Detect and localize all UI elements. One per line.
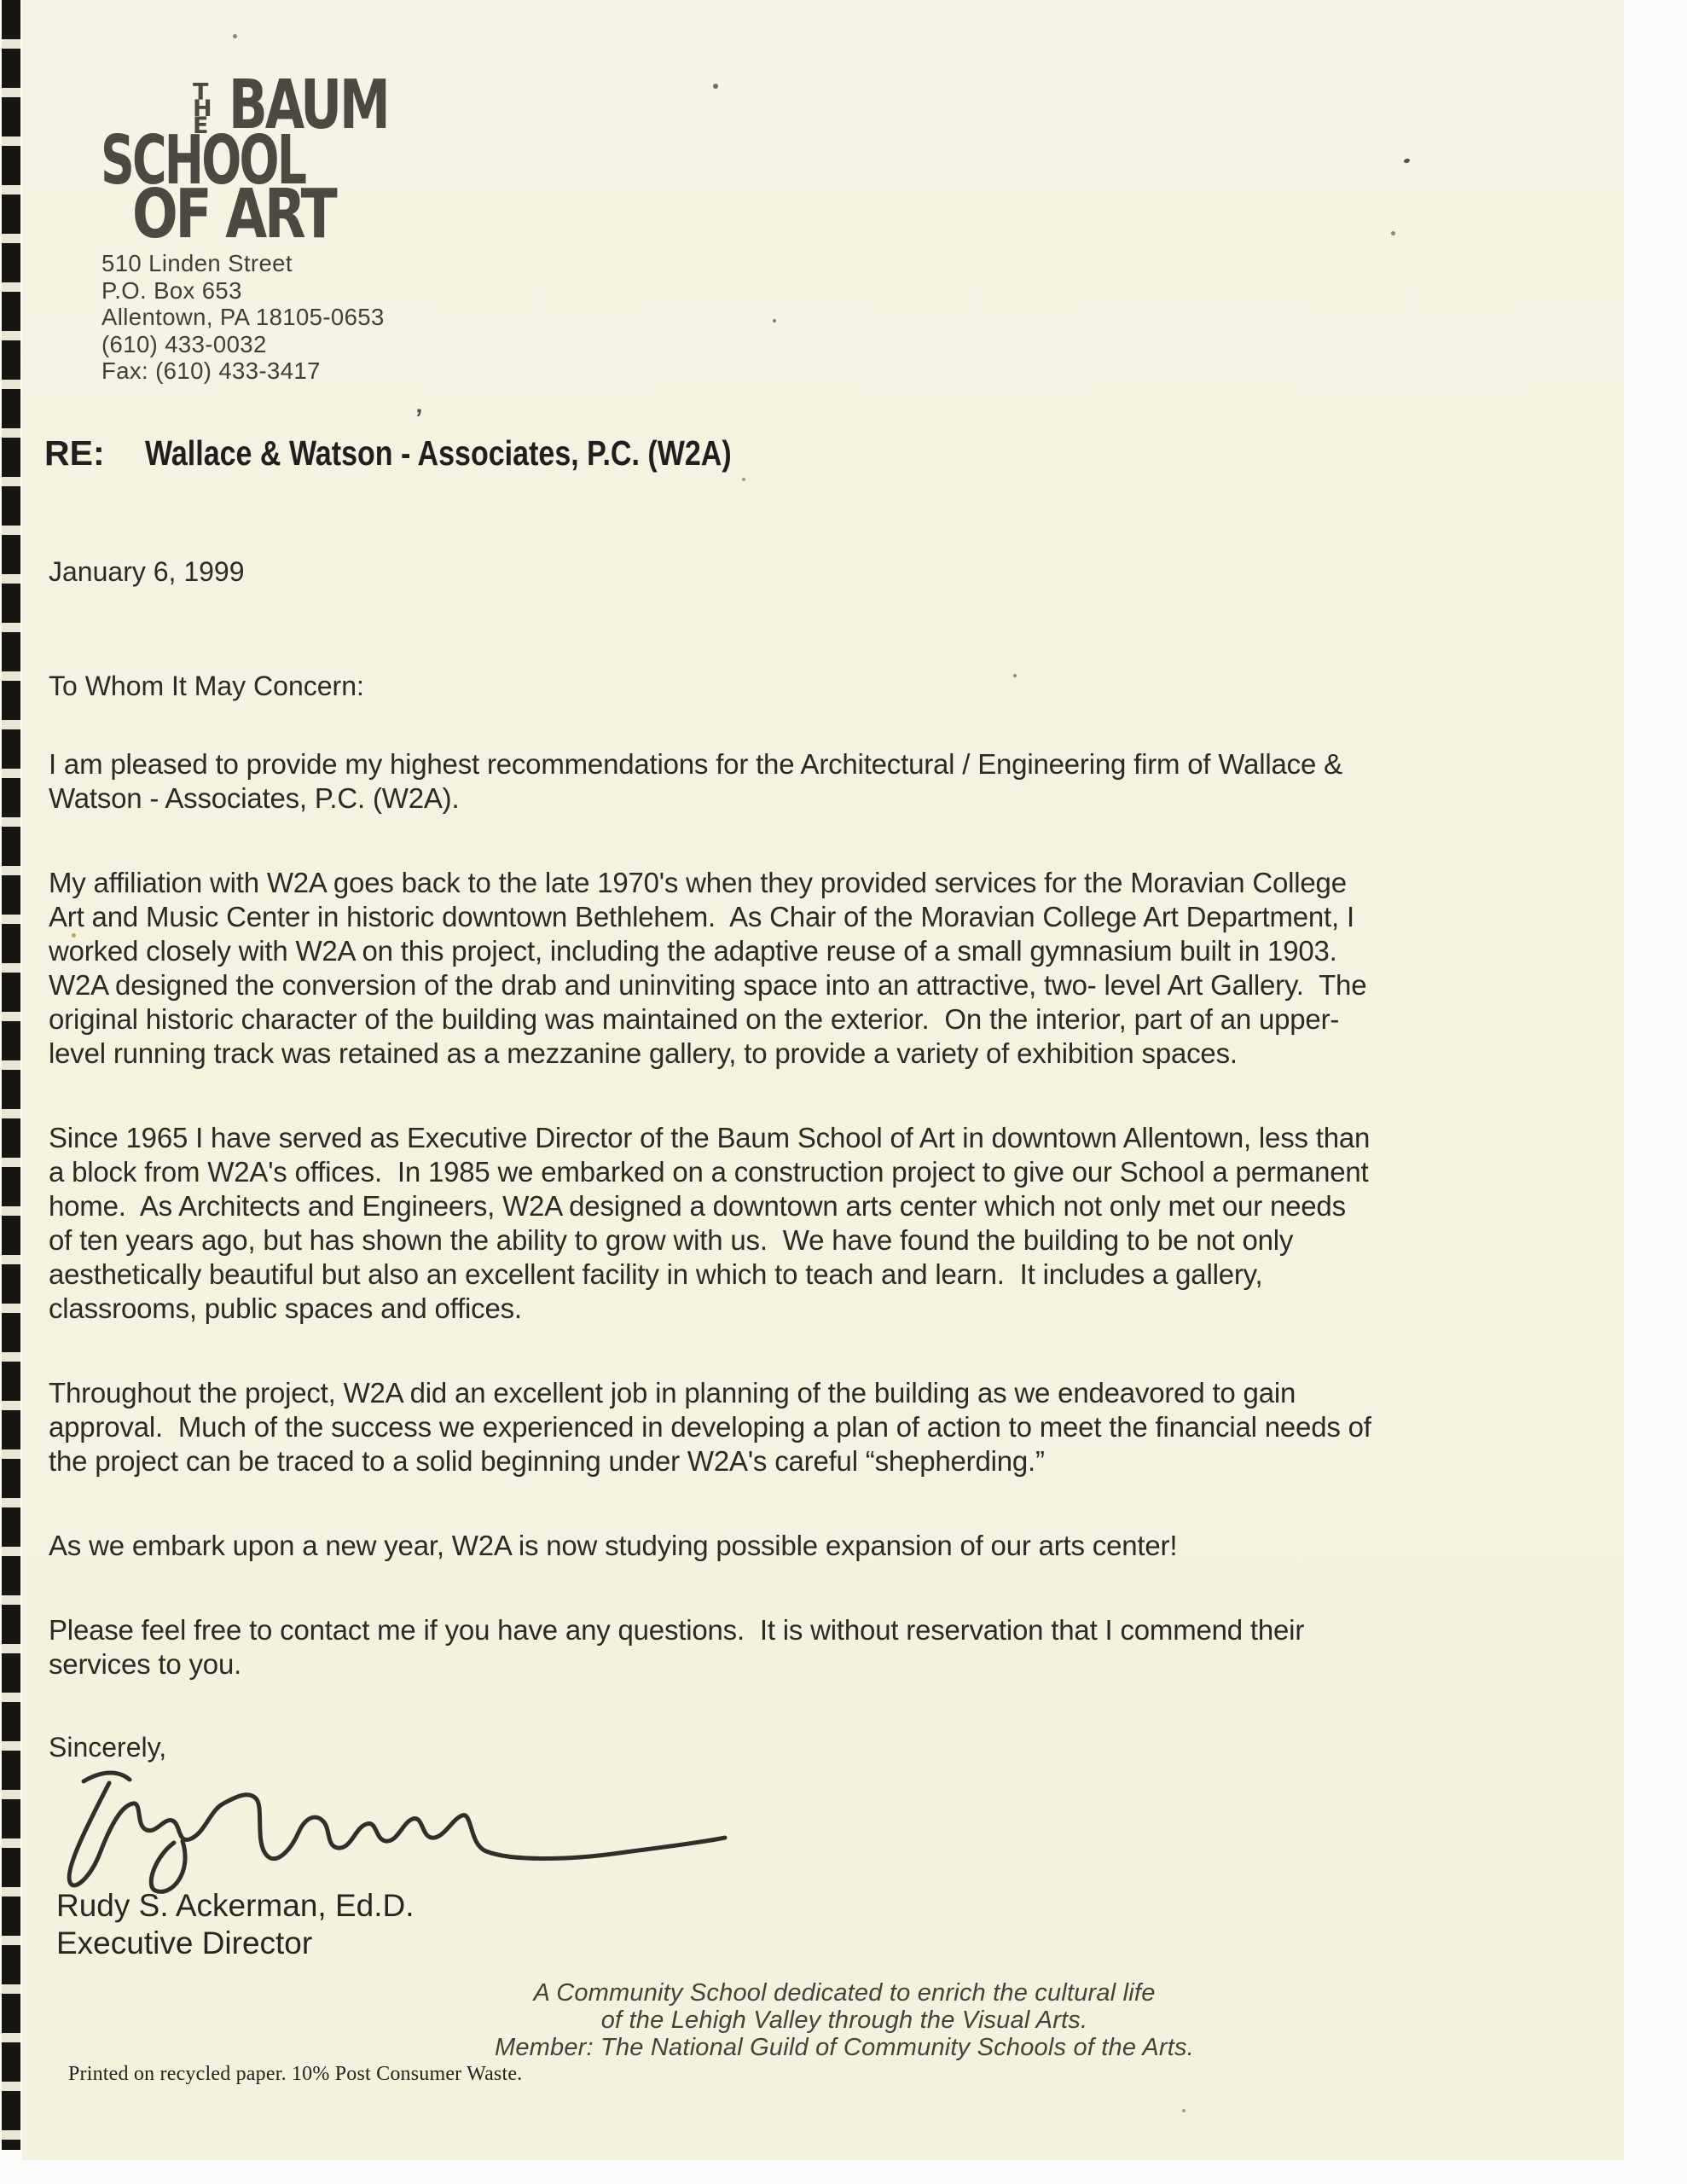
salutation: To Whom It May Concern: xyxy=(49,671,364,702)
scan-edge-artifact xyxy=(2,0,20,2150)
scanned-letter-page: T H E BAUM SCHOOL OF ART 510 Linden Stre… xyxy=(0,0,1687,2184)
reference-label: RE: xyxy=(44,433,105,473)
body-paragraph-2: My affiliation with W2A goes back to the… xyxy=(49,866,1366,1071)
scan-speck xyxy=(1391,231,1395,235)
signer-title: Executive Director xyxy=(56,1926,312,1961)
letterhead-address: 510 Linden Street P.O. Box 653 Allentown… xyxy=(101,250,385,385)
reference-subject: Wallace & Watson - Associates, P.C. (W2A… xyxy=(145,433,732,473)
signer-name: Rudy S. Ackerman, Ed.D. xyxy=(56,1888,415,1924)
scan-speck xyxy=(1013,674,1017,677)
body-paragraph-4: Throughout the project, W2A did an excel… xyxy=(49,1376,1371,1478)
date-line: January 6, 1999 xyxy=(49,556,245,588)
body-paragraph-6: Please feel free to contact me if you ha… xyxy=(49,1613,1304,1682)
scan-speck xyxy=(713,84,718,89)
scan-speck xyxy=(1182,2109,1186,2112)
logo-word-of-art: OF ART xyxy=(132,181,335,248)
scan-speck xyxy=(233,34,237,38)
body-paragraph-5: As we embark upon a new year, W2A is now… xyxy=(49,1529,1177,1563)
scan-speck xyxy=(773,319,776,322)
school-tagline: A Community School dedicated to enrich t… xyxy=(418,1979,1271,2061)
scan-speck xyxy=(72,933,76,938)
valediction: Sincerely, xyxy=(49,1732,166,1763)
scan-speck xyxy=(742,478,745,481)
body-paragraph-3: Since 1965 I have served as Executive Di… xyxy=(49,1121,1370,1326)
body-paragraph-1: I am pleased to provide my highest recom… xyxy=(49,747,1342,816)
recycled-paper-note: Printed on recycled paper. 10% Post Cons… xyxy=(68,2063,522,2086)
